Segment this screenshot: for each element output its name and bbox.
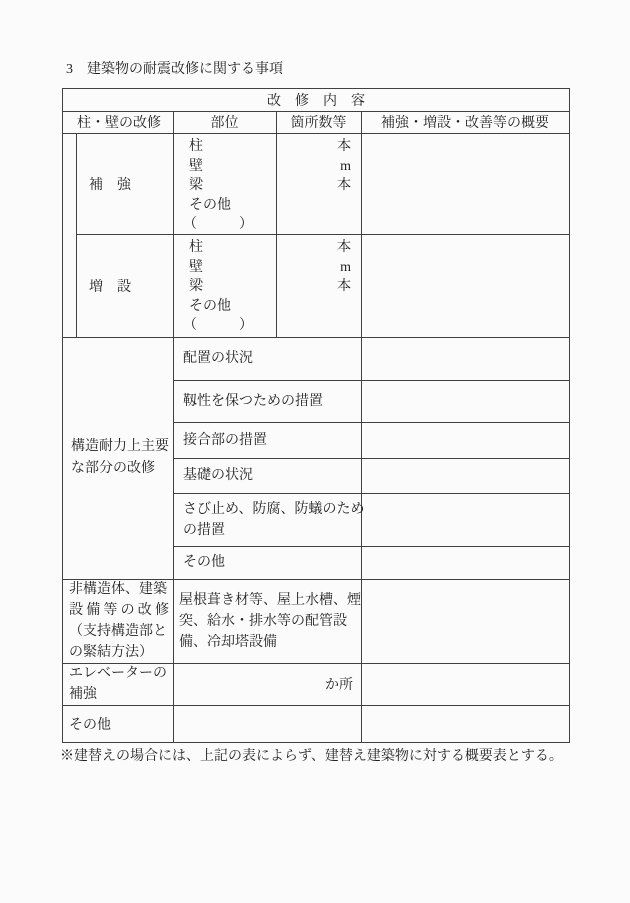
unit-line: 本 — [276, 176, 361, 196]
unit-line: 本 — [276, 277, 361, 297]
item-line: その他 — [183, 552, 361, 573]
part-line-blank-paren: （ ） — [173, 215, 276, 235]
label-line: 設備等の改修 — [69, 600, 169, 621]
cell-nonstructural-content: 屋根葺き材等、屋上水槽、煙 突、給水・排水等の配管設 備、冷却塔設備 — [173, 579, 361, 663]
cell-structural-item-foundation: 基礎の状況 — [173, 458, 361, 493]
label-line: 構造耐力上主要 — [71, 436, 169, 458]
label-line: （支持構造部と — [69, 621, 169, 642]
row-elevator-label: エレベーターの 補強 — [63, 663, 173, 705]
cell-structural-item-joints: 接合部の措置 — [173, 422, 361, 458]
cell-reinforce-summary-blank — [361, 133, 569, 234]
part-line: その他 — [173, 196, 276, 216]
row-nonstructural-label: 非構造体、建築 設備等の改修 （支持構造部と の緊結方法） — [63, 579, 173, 663]
table-title: 改 修 内 容 — [63, 89, 569, 111]
col-header-part: 部位 — [173, 111, 276, 133]
cell-elevator-unit: か所 — [173, 663, 361, 705]
content-line: 屋根葺き材等、屋上水槽、煙 — [179, 590, 361, 611]
part-line: 壁 — [173, 157, 276, 177]
part-line: 柱 — [173, 238, 276, 258]
label-line: の緊結方法） — [69, 642, 169, 663]
row-other-label: その他 — [63, 705, 173, 742]
document-page: { "page": { "title": "3 建築物の耐震改修に関する事項",… — [0, 0, 630, 903]
cell-reinforce-parts: 柱 壁 梁 その他 （ ） — [173, 133, 276, 234]
unit-line: 本 — [276, 137, 361, 157]
content-line: 備、冷却塔設備 — [179, 632, 361, 653]
label-line: 非構造体、建築 — [69, 579, 169, 600]
document-title: 3 建築物の耐震改修に関する事項 — [66, 61, 283, 79]
row-structural-label: 構造耐力上主要 な部分の改修 — [63, 337, 173, 579]
col-header-summary: 補強・増設・改善等の概要 — [361, 111, 569, 133]
cell-addition-summary-blank — [361, 234, 569, 337]
cell-addition-parts: 柱 壁 梁 その他 （ ） — [173, 234, 276, 337]
label-line: エレベーターの — [69, 663, 173, 684]
part-line: その他 — [173, 297, 276, 317]
label-line: な部分の改修 — [71, 458, 169, 480]
part-line: 柱 — [173, 137, 276, 157]
unit-line: m — [276, 157, 361, 177]
item-line: 接合部の措置 — [183, 430, 361, 451]
unit-line: m — [276, 258, 361, 278]
cell-structural-item-placement: 配置の状況 — [173, 337, 361, 380]
row-reinforce-label: 補 強 — [76, 133, 173, 234]
cell-addition-units: 本 m 本 — [276, 234, 361, 337]
cell-structural-item-rustproofing: さび止め、防腐、防蟻のため の措置 — [173, 493, 361, 546]
content-line: 突、給水・排水等の配管設 — [179, 611, 361, 632]
part-line: 梁 — [173, 277, 276, 297]
item-line: 配置の状況 — [183, 348, 361, 369]
col-header-count: 箇所数等 — [276, 111, 361, 133]
item-line: の措置 — [183, 520, 361, 541]
cell-structural-item-ductility: 靱性を保つための措置 — [173, 380, 361, 422]
part-line: 梁 — [173, 176, 276, 196]
footnote: ※建替えの場合には、上記の表によらず、建替え建築物に対する概要表とする。 — [60, 748, 563, 766]
item-line: 基礎の状況 — [183, 465, 361, 486]
cell-reinforce-units: 本 m 本 — [276, 133, 361, 234]
label-line: 補強 — [69, 684, 173, 705]
item-line: 靱性を保つための措置 — [183, 391, 361, 412]
item-line: さび止め、防腐、防蟻のため — [183, 499, 361, 520]
retrofit-table: 改 修 内 容 柱・壁の改修 部位 箇所数等 補強・増設・改善等の概要 補 強 … — [62, 88, 570, 743]
part-line-blank-paren: （ ） — [173, 316, 276, 336]
cell-structural-item-other: その他 — [173, 546, 361, 579]
part-line: 壁 — [173, 258, 276, 278]
col-header-column-wall: 柱・壁の改修 — [63, 111, 173, 133]
cell-other-blank — [173, 705, 361, 742]
row-addition-label: 増 設 — [76, 234, 173, 337]
unit-line: 本 — [276, 238, 361, 258]
